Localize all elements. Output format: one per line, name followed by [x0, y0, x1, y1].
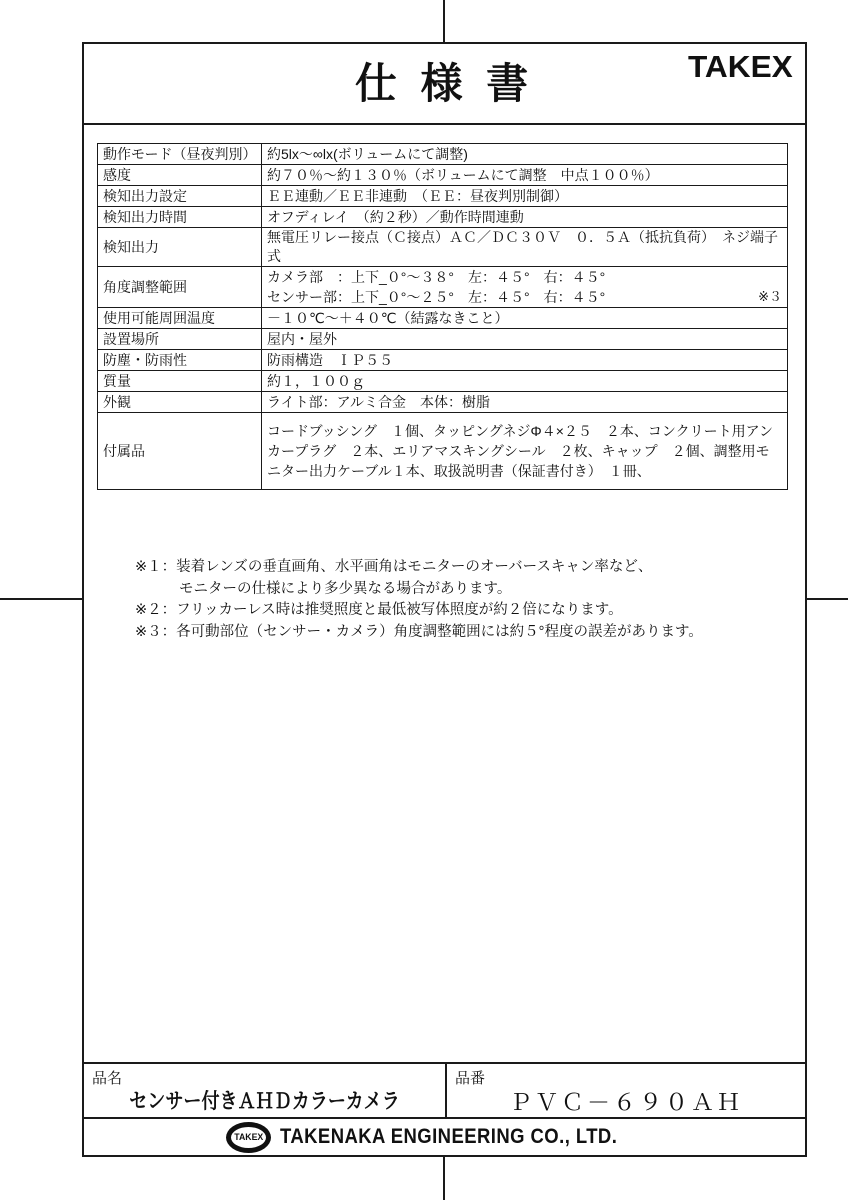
footnotes: ※１：装着レンズの垂直画角、水平画角はモニターのオーバースキャン率など、 モニタ… [135, 557, 703, 643]
table-row: 防塵・防雨性 防雨構造 ＩＰ５５ [98, 350, 788, 371]
crop-mark-top [443, 0, 445, 44]
table-row-accessories: 付属品 コードブッシング １個、タッピングネジΦ４×２５ ２本、コンクリート用ア… [98, 413, 788, 490]
footnote-1-line-2: モニターの仕様により多少異なる場合があります。 [135, 579, 703, 601]
body-area: 動作モード（昼夜判別） 約5lx～∞lx(ボリュームにて調整) 感度 約７０％～… [84, 125, 805, 1060]
row-value: 防雨構造 ＩＰ５５ [262, 350, 788, 371]
product-name-value: センサー付きＡＨＤカラーカメラ [109, 1085, 419, 1115]
row-label: 感度 [98, 165, 262, 186]
row-label: 外観 [98, 392, 262, 413]
row-value: 約5lx～∞lx(ボリュームにて調整) [262, 144, 788, 165]
table-row: 検知出力 無電圧リレー接点（Ｃ接点）ＡＣ／ＤＣ３０Ｖ ０．５Ａ（抵抗負荷） ネジ… [98, 228, 788, 267]
row-label: 防塵・防雨性 [98, 350, 262, 371]
takex-oval-logo-label: TAKEX [234, 1132, 263, 1143]
row-value: 約７０％～約１３０％（ボリュームにて調整 中点１００％） [262, 165, 788, 186]
crop-mark-bottom [443, 1156, 445, 1200]
company-name: TAKENAKA ENGINEERING CO., LTD. [280, 1125, 617, 1149]
product-name-cell: 品名 センサー付きＡＨＤカラーカメラ [84, 1064, 447, 1117]
spec-table: 動作モード（昼夜判別） 約5lx～∞lx(ボリュームにて調整) 感度 約７０％～… [97, 143, 788, 490]
row-label: 検知出力時間 [98, 207, 262, 228]
table-row: 設置場所 屋内・屋外 [98, 329, 788, 350]
row-label: 検知出力 [98, 228, 262, 267]
table-row: 質量 約１，１００ｇ [98, 371, 788, 392]
product-number-value: ＰＶＣ－６９０ＡＨ [447, 1084, 805, 1117]
table-row-angle-range: 角度調整範囲 カメラ部 ：上下_０°～３８° 左：４５° 右：４５° センサー部… [98, 267, 788, 308]
footnote-2: ※２：フリッカーレス時は推奨照度と最低被写体照度が約２倍になります。 [135, 600, 703, 622]
table-row: 検知出力時間 オフディレイ （約２秒）／動作時間連動 [98, 207, 788, 228]
row-value: －１０℃～＋４０℃（結露なきこと） [262, 308, 788, 329]
table-row: 外観 ライト部：アルミ合金 本体：樹脂 [98, 392, 788, 413]
table-row: 動作モード（昼夜判別） 約5lx～∞lx(ボリュームにて調整) [98, 144, 788, 165]
takex-oval-logo-icon: TAKEX [226, 1122, 271, 1153]
row-value: カメラ部 ：上下_０°～３８° 左：４５° 右：４５° センサー部：上下_０°～… [262, 267, 788, 308]
document-frame: 仕 様 書 TAKEX 動作モード（昼夜判別） 約5lx～∞lx(ボリュームにて… [82, 42, 807, 1157]
row-label: 検知出力設定 [98, 186, 262, 207]
table-row: 検知出力設定 ＥＥ連動／ＥＥ非連動 （ＥＥ：昼夜判別制御） [98, 186, 788, 207]
row-value: オフディレイ （約２秒）／動作時間連動 [262, 207, 788, 228]
row-value: 約１，１００ｇ [262, 371, 788, 392]
product-row: 品名 センサー付きＡＨＤカラーカメラ 品番 ＰＶＣ－６９０ＡＨ [84, 1062, 805, 1117]
row-value: コードブッシング １個、タッピングネジΦ４×２５ ２本、コンクリート用アンカープ… [262, 413, 788, 490]
footnote-1-line-1: ※１：装着レンズの垂直画角、水平画角はモニターのオーバースキャン率など、 [135, 557, 703, 579]
row-value: ライト部：アルミ合金 本体：樹脂 [262, 392, 788, 413]
row-value: ＥＥ連動／ＥＥ非連動 （ＥＥ：昼夜判別制御） [262, 186, 788, 207]
row-label: 質量 [98, 371, 262, 392]
product-number-cell: 品番 ＰＶＣ－６９０ＡＨ [447, 1064, 805, 1117]
row-label: 動作モード（昼夜判別） [98, 144, 262, 165]
row-label: 付属品 [98, 413, 262, 490]
angle-camera-line: カメラ部 ：上下_０°～３８° 左：４５° 右：４５° [267, 267, 782, 287]
takex-logo-text: TAKEX [688, 49, 793, 85]
crop-mark-right [805, 598, 848, 600]
spec-sheet-page: { "document": { "title": "仕 様 書", "brand… [0, 0, 848, 1200]
row-value: 屋内・屋外 [262, 329, 788, 350]
crop-mark-left [0, 598, 84, 600]
table-row: 使用可能周囲温度 －１０℃～＋４０℃（結露なきこと） [98, 308, 788, 329]
footer: TAKEX TAKENAKA ENGINEERING CO., LTD. [84, 1117, 805, 1155]
table-row: 感度 約７０％～約１３０％（ボリュームにて調整 中点１００％） [98, 165, 788, 186]
row-label: 角度調整範囲 [98, 267, 262, 308]
row-label: 設置場所 [98, 329, 262, 350]
header: 仕 様 書 TAKEX [84, 44, 805, 125]
row-value: 無電圧リレー接点（Ｃ接点）ＡＣ／ＤＣ３０Ｖ ０．５Ａ（抵抗負荷） ネジ端子式 [262, 228, 788, 267]
angle-sensor-line: センサー部：上下_０°～２５° 左：４５° 右：４５° [267, 287, 782, 307]
footnote-3: ※３：各可動部位（センサー・カメラ）角度調整範囲には約５°程度の誤差があります。 [135, 622, 703, 644]
row-label: 使用可能周囲温度 [98, 308, 262, 329]
note3-reference: ※３ [758, 287, 782, 306]
